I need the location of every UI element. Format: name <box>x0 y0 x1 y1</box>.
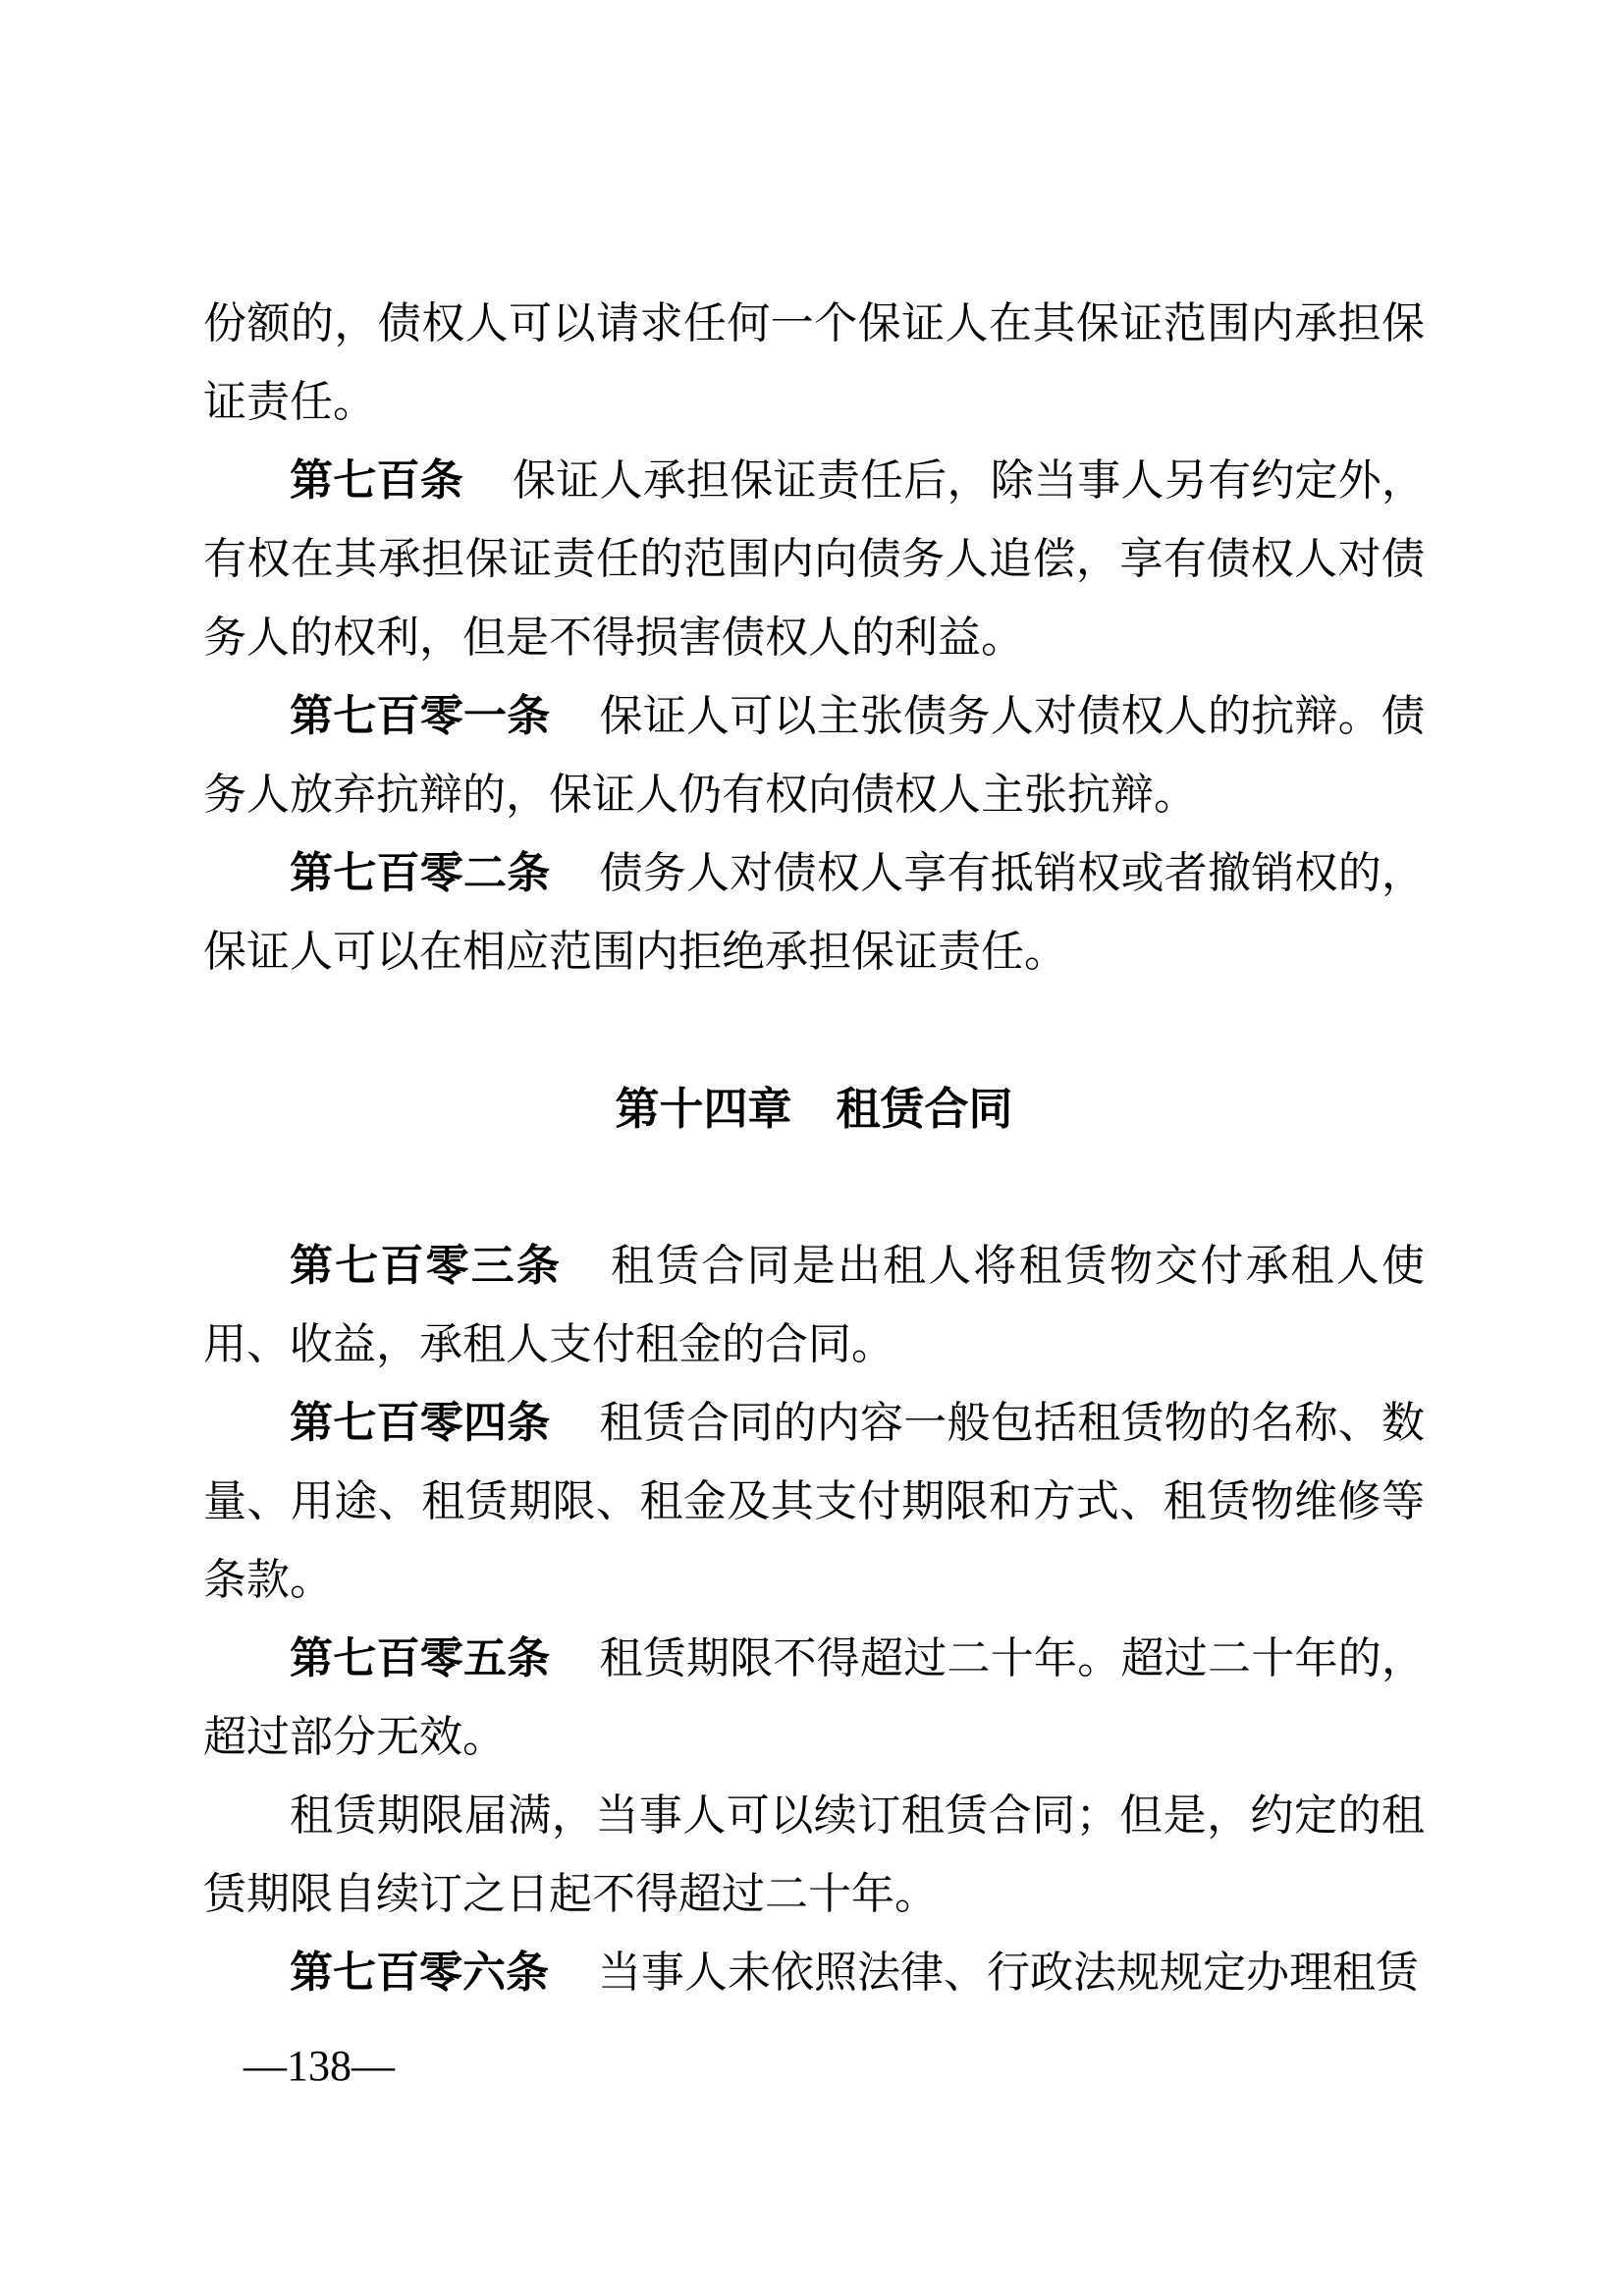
document-body: 份额的，债权人可以请求任何一个保证人在其保证范围内承担保证责任。 第七百条保证人… <box>203 285 1425 2012</box>
paragraph-continuation: 份额的，债权人可以请求任何一个保证人在其保证范围内承担保证责任。 <box>203 285 1425 442</box>
article-704-number: 第七百零四条 <box>290 1399 551 1447</box>
chapter-14-heading: 第十四章 租赁合同 <box>203 1070 1425 1148</box>
article-703-number: 第七百零三条 <box>290 1242 562 1290</box>
article-705-number: 第七百零五条 <box>290 1634 551 1682</box>
page-number: —138— <box>244 2027 395 2106</box>
article-701: 第七百零一条保证人可以主张债务人对债权人的抗辩。债务人放弃抗辩的，保证人仍有权向… <box>203 677 1425 834</box>
article-700-number: 第七百条 <box>290 456 463 505</box>
article-706-number: 第七百零六条 <box>290 1949 549 1997</box>
article-705-clause-2-text: 租赁期限届满，当事人可以续订租赁合同；但是，约定的租赁期限自续订之日起不得超过二… <box>203 1791 1425 1918</box>
article-705-clause-2: 租赁期限届满，当事人可以续订租赁合同；但是，约定的租赁期限自续订之日起不得超过二… <box>203 1777 1425 1934</box>
article-701-number: 第七百零一条 <box>290 692 551 740</box>
paragraph-text: 份额的，债权人可以请求任何一个保证人在其保证范围内承担保证责任。 <box>203 299 1425 426</box>
article-706: 第七百零六条当事人未依照法律、行政法规规定办理租赁 <box>203 1934 1425 2012</box>
document-page: 份额的，债权人可以请求任何一个保证人在其保证范围内承担保证责任。 第七百条保证人… <box>0 0 1624 2296</box>
article-706-text: 当事人未依照法律、行政法规规定办理租赁 <box>598 1949 1419 1997</box>
article-702: 第七百零二条债务人对债权人享有抵销权或者撤销权的，保证人可以在相应范围内拒绝承担… <box>203 834 1425 991</box>
article-705: 第七百零五条租赁期限不得超过二十年。超过二十年的，超过部分无效。 <box>203 1620 1425 1777</box>
article-702-number: 第七百零二条 <box>290 849 551 897</box>
article-704: 第七百零四条租赁合同的内容一般包括租赁物的名称、数量、用途、租赁期限、租金及其支… <box>203 1384 1425 1620</box>
article-703: 第七百零三条租赁合同是出租人将租赁物交付承租人使用、收益，承租人支付租金的合同。 <box>203 1227 1425 1384</box>
article-700: 第七百条保证人承担保证责任后，除当事人另有约定外，有权在其承担保证责任的范围内向… <box>203 442 1425 677</box>
